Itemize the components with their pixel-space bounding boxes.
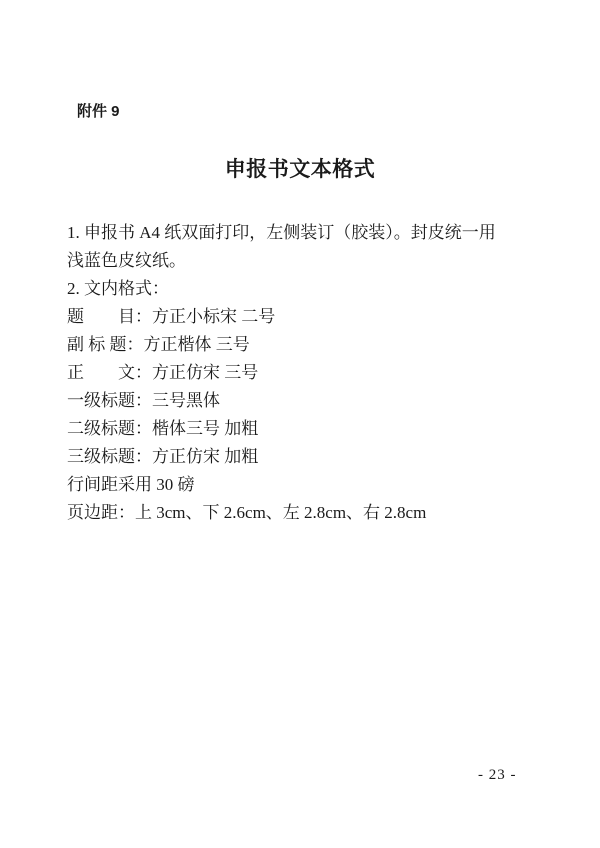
page-number: - 23 -: [478, 766, 517, 784]
body-line-inner-format-heading: 2. 文内格式：: [67, 275, 539, 303]
body-line-print-binding: 1. 申报书 A4 纸双面打印，左侧装订（胶装）。封皮统一用: [67, 219, 539, 247]
body-line-cover-paper: 浅蓝色皮纹纸。: [67, 247, 539, 275]
body-line-heading1-font: 一级标题：三号黑体: [67, 387, 539, 415]
body-line-title-font: 题 目：方正小标宋 二号: [67, 303, 539, 331]
body-text: 1. 申报书 A4 纸双面打印，左侧装订（胶装）。封皮统一用 浅蓝色皮纹纸。 2…: [67, 219, 539, 527]
body-line-line-spacing: 行间距采用 30 磅: [67, 471, 539, 499]
attachment-label: 附件 9: [77, 102, 120, 122]
body-line-page-margins: 页边距：上 3cm、下 2.6cm、左 2.8cm、右 2.8cm: [67, 499, 539, 527]
body-line-heading2-font: 二级标题：楷体三号 加粗: [67, 415, 539, 443]
document-title: 申报书文本格式: [0, 156, 600, 182]
body-line-maintext-font: 正 文：方正仿宋 三号: [67, 359, 539, 387]
scanned-document-page: 附件 9 申报书文本格式 1. 申报书 A4 纸双面打印，左侧装订（胶装）。封皮…: [0, 0, 600, 848]
body-line-subtitle-font: 副 标 题：方正楷体 三号: [67, 331, 539, 359]
body-line-heading3-font: 三级标题：方正仿宋 加粗: [67, 443, 539, 471]
